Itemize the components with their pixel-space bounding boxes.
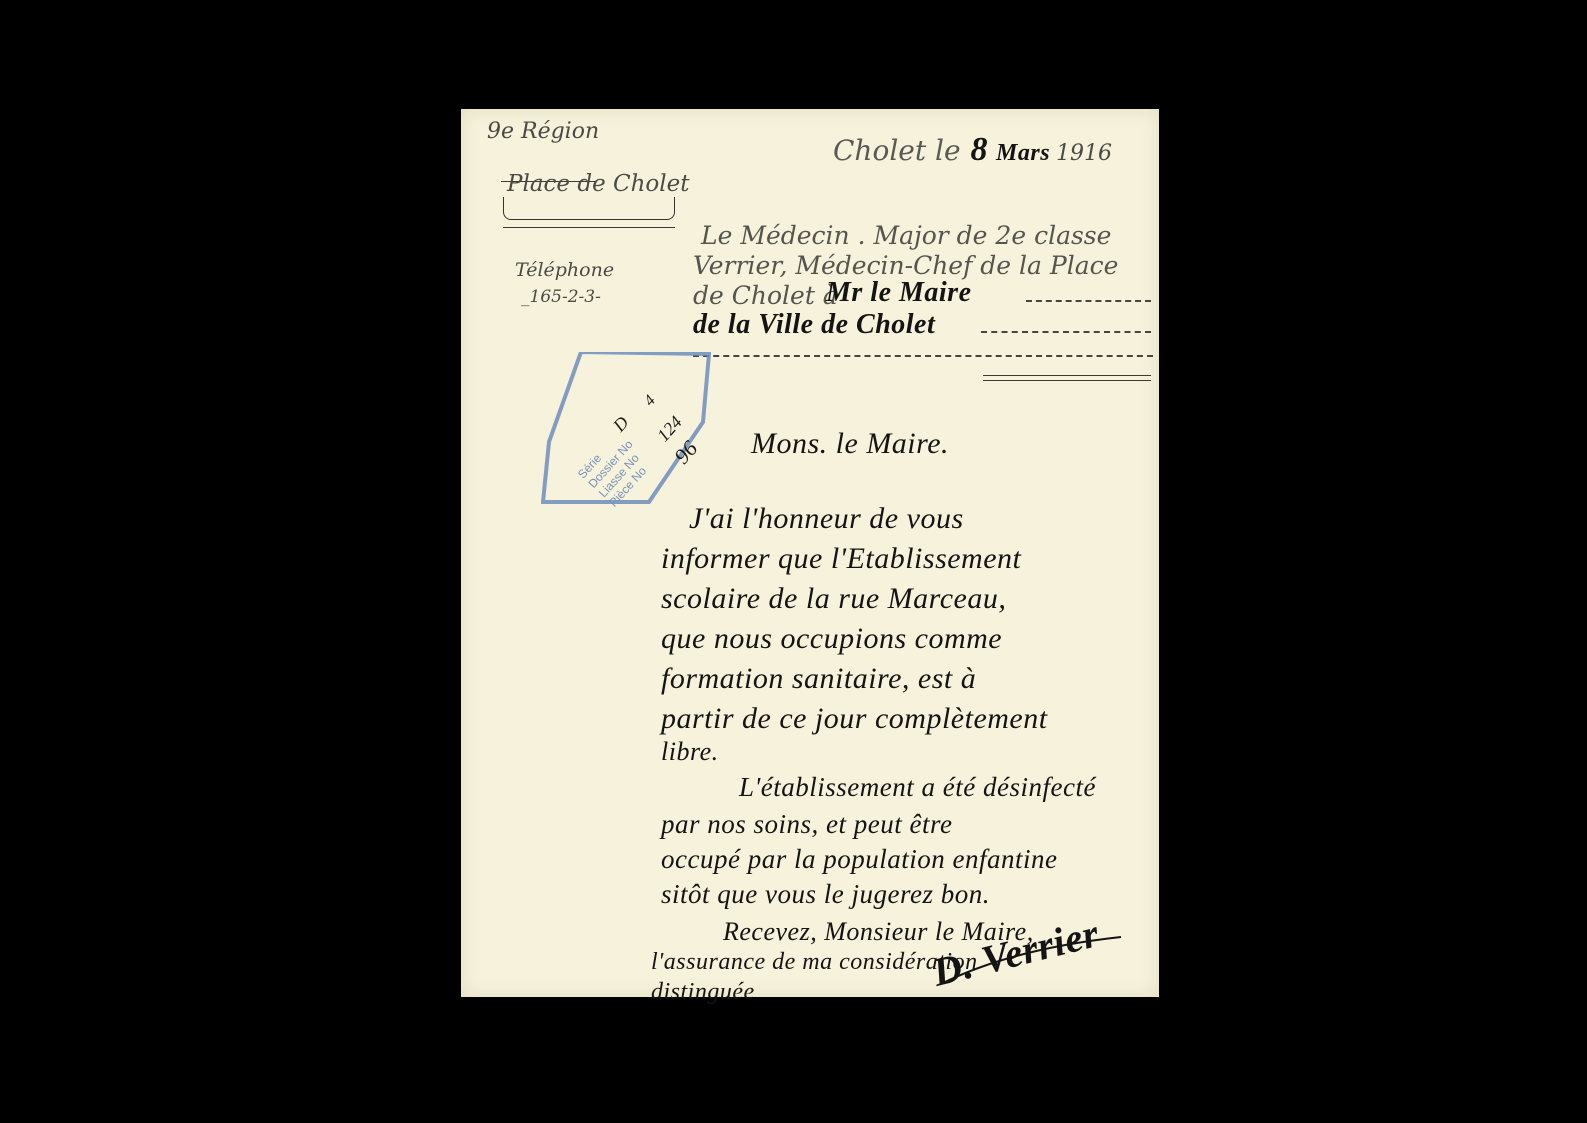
paragraph-2-line-3: occupé par la population enfantine bbox=[661, 844, 1057, 875]
dateline: Cholet le 8 Mars 1916 bbox=[833, 131, 1112, 169]
paragraph-1-line-1: J'ai l'honneur de vous bbox=[689, 502, 964, 536]
date-year: 1916 bbox=[1056, 141, 1112, 166]
place-label: Place de Cholet bbox=[507, 171, 689, 197]
closing-line-3: distinguée bbox=[651, 979, 755, 1006]
recipient-dash-2 bbox=[981, 331, 1151, 333]
viewer-background: 9e Région Place de Cholet Téléphone _165… bbox=[0, 0, 1587, 1123]
recipient-dash-1 bbox=[1026, 300, 1151, 302]
paragraph-1-line-3: scolaire de la rue Marceau, bbox=[661, 582, 1006, 616]
paragraph-2-line-2: par nos soins, et peut être bbox=[661, 809, 952, 840]
paragraph-2-line-1: L'établissement a été désinfecté bbox=[739, 772, 1096, 803]
date-day: 8 bbox=[971, 131, 989, 168]
paragraph-1-line-7: libre. bbox=[661, 737, 719, 767]
signature-flourish bbox=[931, 929, 1131, 989]
recipient-line-2: de la Ville de Cholet bbox=[693, 309, 935, 341]
sender-line-3: de Cholet à bbox=[693, 281, 838, 310]
place-bottom-rule bbox=[503, 227, 675, 228]
paragraph-2-line-4: sitôt que vous le jugerez bon. bbox=[661, 879, 990, 910]
date-month: Mars bbox=[996, 140, 1050, 166]
telephone-label: Téléphone bbox=[515, 259, 614, 281]
address-dash-3 bbox=[693, 355, 1153, 357]
address-rule-2 bbox=[983, 380, 1151, 381]
sender-line-2: Verrier, Médecin-Chef de la Place bbox=[693, 251, 1118, 280]
place-frame bbox=[503, 197, 675, 220]
address-rule-1 bbox=[983, 375, 1151, 376]
archive-stamp: Série Dossier No Liasse No Pièce No D 4 … bbox=[541, 352, 711, 507]
paragraph-1-line-6: partir de ce jour complètement bbox=[661, 702, 1048, 736]
recipient-line-1: Mr le Maire bbox=[826, 277, 972, 309]
region-label: 9e Région bbox=[487, 119, 599, 144]
paragraph-1-line-2: informer que l'Etablissement bbox=[661, 542, 1021, 576]
dateline-printed: Cholet le bbox=[833, 134, 961, 167]
paragraph-1-line-5: formation sanitaire, est à bbox=[661, 662, 976, 696]
sender-line-1: Le Médecin . Major de 2e classe bbox=[701, 221, 1111, 250]
letter-page: 9e Région Place de Cholet Téléphone _165… bbox=[461, 109, 1159, 997]
telephone-number: _165-2-3- bbox=[521, 287, 601, 307]
salutation: Mons. le Maire. bbox=[751, 427, 949, 461]
paragraph-1-line-4: que nous occupions comme bbox=[661, 622, 1002, 656]
